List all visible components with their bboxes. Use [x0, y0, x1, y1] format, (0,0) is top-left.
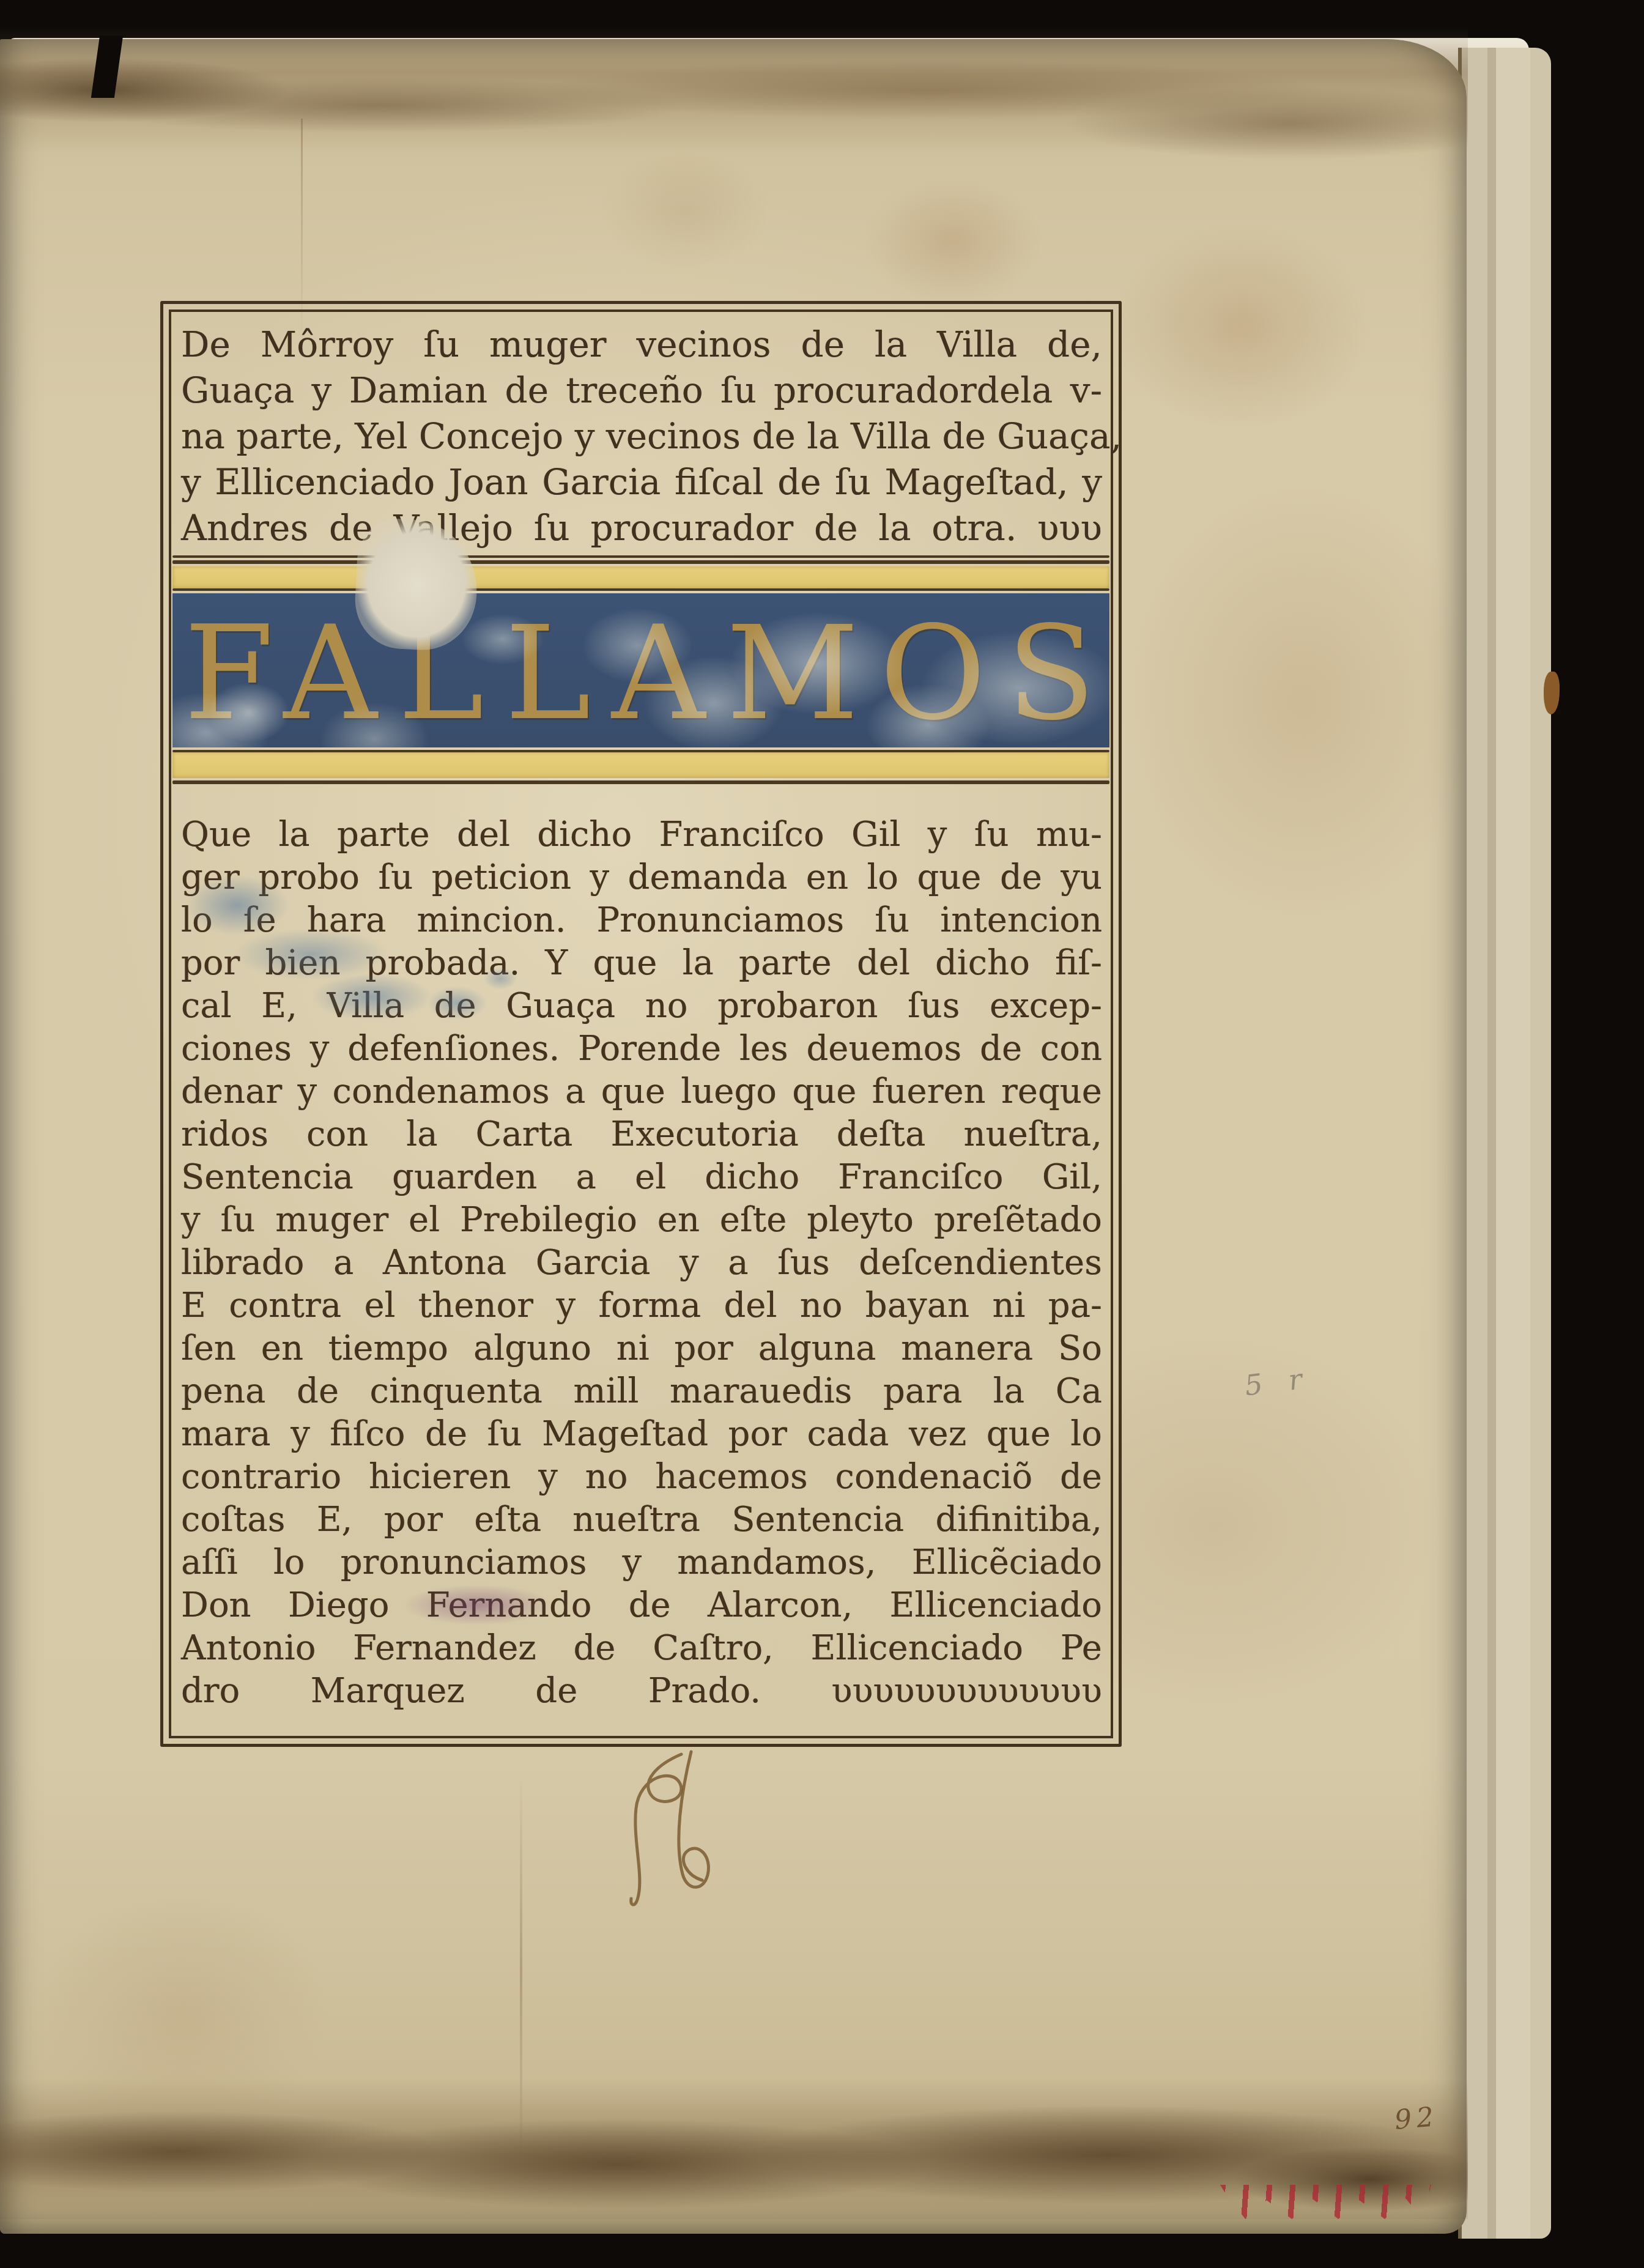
rubric-flourish — [613, 1749, 741, 1933]
body-line: Don Diego Fernando de Alarcon, Ellicenci… — [181, 1584, 1102, 1627]
parchment-crease — [520, 1776, 522, 2168]
banner-rule — [172, 780, 1109, 784]
body-line: y ſu muger el Prebilegio en eſte pleyto … — [181, 1199, 1102, 1242]
banner-gold-band-bottom — [172, 752, 1109, 778]
body-line: E contra el thenor y forma del no bayan … — [181, 1284, 1102, 1327]
header-line: y Ellicenciado Joan Garcia fiſcal de ſu … — [181, 459, 1102, 505]
sentence-paragraph: Que la parte del dicho Franciſco Gil y ſ… — [181, 813, 1102, 1713]
header-line: Guaça y Damian de treceño ſu procuradord… — [181, 368, 1102, 413]
body-line: coſtas E, por eſta nueſtra Sentencia dif… — [181, 1499, 1102, 1541]
body-line: Antonio Fernandez de Caſtro, Ellicenciad… — [181, 1627, 1102, 1670]
fallamos-banner: FALLAMOS — [172, 555, 1109, 795]
body-line: por bien probada. Y que la parte del dic… — [181, 942, 1102, 985]
header-line: De Môrroy ſu muger vecinos de la Villa d… — [181, 322, 1102, 368]
fore-edge-pages — [1458, 48, 1551, 2239]
body-line: ſen en tiempo alguno ni por alguna maner… — [181, 1327, 1102, 1370]
body-line: denar y condenamos a que luego que fuere… — [181, 1070, 1102, 1113]
banner-title: FALLAMOS — [172, 596, 1109, 747]
body-line: lo ſe hara mincion. Pronunciamos ſu inte… — [181, 899, 1102, 942]
body-line: mara y fiſco de ſu Mageſtad por cada vez… — [181, 1413, 1102, 1456]
header-line: Andres de Vallejo ſu procurador de la ot… — [181, 505, 1102, 551]
header-line: na parte, Yel Concejo y vecinos de la Vi… — [181, 413, 1102, 459]
body-line: cal E, Villa de Guaça no probaron ſus ex… — [181, 985, 1102, 1028]
body-line: ger probo ſu peticion y demanda en lo qu… — [181, 856, 1102, 899]
body-line: Que la parte del dicho Franciſco Gil y ſ… — [181, 813, 1102, 856]
body-line: aſſi lo pronunciamos y mandamos, Ellicẽc… — [181, 1541, 1102, 1584]
body-line: ridos con la Carta Executoria deſta nueſ… — [181, 1113, 1102, 1156]
photo-background: De Môrroy ſu muger vecinos de la Villa d… — [0, 0, 1644, 2268]
page-number: 92 — [1393, 2101, 1440, 2136]
body-line: librado a Antona Garcia y a ſus deſcendi… — [181, 1242, 1102, 1284]
body-line: dro Marquez de Prado. υυυυυυυυυυυυυ — [181, 1670, 1102, 1713]
body-line: contrario hicieren y no hacemos condenac… — [181, 1456, 1102, 1499]
banner-gold-band-top — [172, 566, 1109, 588]
text-frame-inner-rule: De Môrroy ſu muger vecinos de la Villa d… — [169, 309, 1113, 1738]
banner-blue-panel: FALLAMOS — [172, 593, 1109, 747]
wax-spot — [1544, 672, 1560, 714]
header-paragraph: De Môrroy ſu muger vecinos de la Villa d… — [181, 322, 1102, 551]
body-line: pena de cinquenta mill marauedis para la… — [181, 1370, 1102, 1413]
body-line: Sentencia guarden a el dicho Franciſco G… — [181, 1156, 1102, 1199]
body-line: ciones y defenſiones. Porende les deuemo… — [181, 1028, 1102, 1070]
text-frame: De Môrroy ſu muger vecinos de la Villa d… — [160, 301, 1122, 1747]
